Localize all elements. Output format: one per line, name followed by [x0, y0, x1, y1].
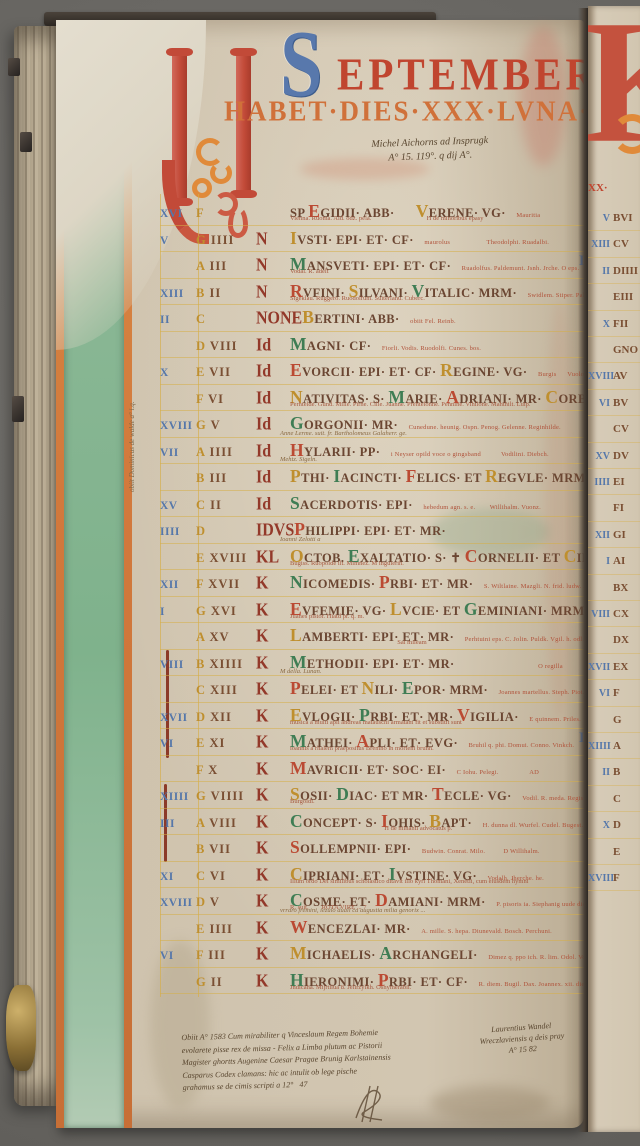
facing-page-row: G: [588, 706, 640, 733]
dominical-letter: C: [610, 793, 621, 805]
feast-text: MAGNI· CF·: [290, 331, 375, 358]
dominical-letter: D XII: [196, 704, 256, 729]
facing-page-row: IIB: [588, 758, 640, 785]
dominical-letter: F: [196, 200, 256, 225]
kalends-marker: K: [256, 914, 290, 940]
calendar-row: F XKMAVRICII· ET· SOC· EI· C Iohu. Peleg…: [160, 755, 584, 783]
facing-page-row: VBVI: [588, 204, 640, 231]
golden-number: I: [160, 599, 196, 623]
dominical-letter: FI: [610, 502, 624, 514]
obit-note-secondary: Perhtelde. Gund. Mille. Pirhe. Cille. Ju…: [290, 401, 531, 408]
feast-text: SACERDOTIS· EPI·: [290, 490, 416, 517]
golden-number: II: [160, 307, 196, 331]
dominical-letter: C: [196, 306, 256, 331]
golden-number: XVIII: [588, 866, 610, 892]
obit-note: C Iohu. Pelegi. AD: [450, 760, 539, 782]
golden-number: XI: [160, 864, 196, 888]
kalends-marker: Id: [256, 490, 290, 516]
golden-number: X: [160, 360, 196, 384]
calendar-row: VIIA IIIIIdHYLARII· PP· i Neyser opild v…: [160, 437, 584, 465]
feast-text: WENCEZLAI· MR·: [290, 914, 414, 941]
golden-number: XII: [160, 572, 196, 596]
interlinear-note: M della. Lunan.: [280, 668, 322, 675]
kalends-marker: KL: [256, 543, 290, 569]
dominical-letter: D: [610, 819, 621, 831]
dominical-letter: F XVII: [196, 571, 256, 596]
golden-number: XVIII: [160, 413, 196, 437]
calendar-row: IIIIDIDVSPHILIPPI· EPI· ET· MR·: [160, 516, 584, 544]
obit-note: Budwin. Conrat. Milo. D Willihalm.: [415, 839, 540, 861]
dominical-letter: D: [196, 518, 256, 543]
calendar-row: G IIKHIERONIMI· PRBI· ET· CF· R. diem. B…: [160, 967, 584, 995]
facing-page-row: IIIIEI: [588, 468, 640, 495]
calendar-row: B IIIIdPTHI· IACINCTI· FELICS· ET REGVLE…: [160, 463, 584, 491]
golden-number: XVII: [588, 655, 610, 681]
golden-number: XIIII: [588, 734, 610, 760]
kalends-marker: K: [256, 728, 290, 754]
golden-number: VI: [588, 391, 610, 417]
dominical-letter: G II: [196, 969, 256, 994]
golden-number: VIII: [160, 652, 196, 676]
dominical-letter: A VIII: [196, 810, 256, 835]
calendar-row: XVIFSP EGIDII· ABB· VERENE· VG· Mauritia…: [160, 198, 584, 226]
calendar-row: IIIA VIIIKCONCEPT· S· IOHIS· BAPT· H. du…: [160, 808, 584, 836]
facing-page-row: VIIICX: [588, 600, 640, 627]
obit-note: i Neyser opild voce o gingsband Vodilini…: [384, 442, 549, 464]
obit-note: S. Wiltlaine. Mazgli. N. frid. ludw. Sua…: [477, 574, 584, 596]
kalends-marker: Id: [256, 331, 290, 357]
calendar-row: XVC IIIdSACERDOTIS· EPI· hebedum agn. s.…: [160, 490, 584, 518]
facing-page-row: VIBV: [588, 389, 640, 416]
dominical-letter: AV: [610, 370, 627, 382]
kalends-marker: N: [256, 251, 290, 277]
obit-note-secondary: Vienna. Ruoma. Ald. odz. pela. H de mino…: [290, 215, 484, 222]
dominical-letter: E VII: [196, 359, 256, 384]
golden-number: II: [588, 760, 610, 786]
kalends-marker: K: [256, 808, 290, 834]
dominical-letter: F VI: [196, 386, 256, 411]
dominical-letter: F: [610, 872, 620, 884]
dominical-letter: GNO: [610, 344, 638, 356]
golden-number: VII: [160, 440, 196, 464]
dominical-letter: E XI: [196, 730, 256, 755]
golden-number: XVI: [160, 201, 196, 225]
kalends-marker: N: [256, 278, 290, 304]
dominical-letter: B: [610, 766, 620, 778]
obit-note-secondary: Jndicaha. Mijrtilua 8. Jelirzylkh. Oshym…: [290, 984, 411, 991]
golden-number: VI: [160, 731, 196, 755]
kalends-marker: K: [256, 940, 290, 966]
dominical-letter: G VIIII: [196, 783, 256, 808]
obit-note: hebedum agn. s. e. Willihalm. Vuonz.: [416, 495, 541, 517]
dominical-letter: BV: [610, 397, 628, 409]
obit-note: A. mille. S. hepa. Diunevald. Bosch. Per…: [414, 919, 552, 941]
dominical-letter: BX: [610, 582, 628, 594]
obit-note-secondary: ioannis a rhalem praepositus Bremno in m…: [290, 745, 434, 752]
calendar-row: VIF IIIKMICHAELIS· ARCHANGELI· Dimez q. …: [160, 940, 584, 968]
facing-page-row: IIDIIII: [588, 257, 640, 284]
dominical-letter: B II: [196, 280, 256, 305]
facing-page-row: FI: [588, 494, 640, 521]
calendar-row: C XIIIKPELEI· ET NILI· EPOR· MRM· Joanne…: [160, 675, 584, 703]
golden-number: XV: [160, 493, 196, 517]
feast-text: BERTINI· ABB·: [302, 304, 403, 331]
facing-page-row: DX: [588, 626, 640, 653]
dominical-letter: E XVIII: [196, 545, 256, 570]
calendar-row: E XVIIIKLOCTOB. EXALTATIO· S· ✝ CORNELII…: [160, 543, 584, 571]
golden-number: VI: [588, 681, 610, 707]
dominical-letter: BVI: [610, 212, 633, 224]
feast-text: MAVRICII· ET· SOC· EI·: [290, 755, 450, 782]
obit-note: H. dunna dl. Wurfel. Cudel. Bugest. Hein…: [476, 813, 584, 835]
obit-note-secondary: Juanes pistor. Hiatd pr. q. m.: [290, 613, 364, 620]
golden-number: XII: [588, 523, 610, 549]
pen-flourish-icon: [348, 1082, 394, 1124]
calendar-row: VG IIIINIVSTI· EPI· ET· CF· maurolus The…: [160, 225, 584, 253]
obit-note-secondary: Bugiss. Ruopolde ilt. Mimnez. M inguieri…: [290, 560, 404, 567]
kalends-marker: N: [256, 225, 290, 251]
kalends-marker: K: [256, 596, 290, 622]
calendar-row: XIIIIG VIIIIKSOSII· DIAC· ET MR· TECLE· …: [160, 781, 584, 809]
dominical-letter: C II: [196, 492, 256, 517]
calendar-grid: XVIFSP EGIDII· ABB· VERENE· VG· Mauritia…: [160, 198, 584, 995]
calendar-row: F VIIdNATIVITAS· S· MARIE· ADRIANI· MR· …: [160, 384, 584, 412]
obit-note-secondary: musica a multi apli andreas matauschi ar…: [290, 719, 462, 726]
dominical-letter: EIII: [610, 291, 633, 303]
feast-text: NICOMEDIS· PRBI· ET· MR·: [290, 569, 477, 596]
clasp-icon: [20, 132, 32, 152]
dominical-letter: AI: [610, 555, 625, 567]
dominical-letter: FII: [610, 318, 628, 330]
manuscript-photo: S EPTEMBER HABET·DIES·XXX·LVNA·XXX· Mich…: [0, 0, 640, 1146]
obit-note: Burgis Vuolone: [531, 362, 584, 384]
golden-number: XIII: [160, 281, 196, 305]
dominical-letter: B III: [196, 465, 256, 490]
dominical-letter: D VIII: [196, 333, 256, 358]
feast-text: SOLLEMPNII· EPI·: [290, 834, 415, 861]
dominical-letter: E IIII: [196, 916, 256, 941]
obit-note: Mauritia: [509, 203, 540, 225]
facing-page-row: EIII: [588, 283, 640, 310]
kalends-marker: K: [256, 781, 290, 807]
calendar-row: XIC VIKCIPRIANI· ET· IVSTINE· VG· Vodalh…: [160, 861, 584, 889]
obit-note: R. diem. Bugil. Dax. Joannex. xii. dierp…: [472, 972, 584, 994]
dominical-letter: GI: [610, 529, 626, 541]
obit-note: Perhtuini eps. C. Jolin. Puldk. Vgil. h.…: [458, 627, 584, 649]
kalends-marker: K: [256, 861, 290, 887]
obit-note: Vodil. R. meda. Regisha. Bohem.: [515, 786, 584, 808]
interlinear-note: Anne Lerme. suit. fr. Bartholomeus Galah…: [280, 430, 407, 437]
kalends-marker: K: [256, 834, 290, 860]
obit-note: O regilla: [458, 654, 563, 676]
dominical-letter: A III: [196, 253, 256, 278]
feast-text: EVORCII· EPI· ET· CF· REGINE· VG·: [290, 357, 531, 384]
stain: [430, 1086, 550, 1120]
calendar-row: XIIIB IINRVFINI· SILVANI· VITALIC· MRM· …: [160, 278, 584, 306]
dominical-letter: B XIIII: [196, 651, 256, 676]
calendar-row: IICNONEBERTINI· ABB· obiit Fel. Reinb.: [160, 304, 584, 332]
clasp-icon: [12, 396, 24, 422]
dominical-letter: B VII: [196, 836, 256, 861]
calendar-row: B VIIKSOLLEMPNII· EPI· Budwin. Conrat. M…: [160, 834, 584, 862]
calendar-row: A IIINMANSVETI· EPI· ET· CF· Ruadolfus. …: [160, 251, 584, 279]
brass-clasp-icon: [6, 985, 36, 1071]
facing-page-row: C: [588, 785, 640, 812]
dominical-letter: A XV: [196, 624, 256, 649]
dominical-letter: CX: [610, 608, 629, 620]
dominical-letter: C VI: [196, 863, 256, 888]
obit-note: P. pisoris ia. Siephanig uude dict. Rudo…: [489, 892, 584, 914]
golden-number: V: [160, 228, 196, 252]
obit-note: Swidlem. Stiper. Paldch.: [521, 283, 584, 305]
golden-number: XIIII: [160, 784, 196, 808]
dominical-letter: G V: [196, 412, 256, 437]
facing-page-row: E: [588, 838, 640, 865]
dominical-letter: DIIII: [610, 265, 638, 277]
book-page-stack-edge: [14, 26, 60, 1106]
kalendae-monogram-initial: [168, 42, 278, 222]
obit-note: Bruhil q. phi. Domui. Conno. Vinkch.: [462, 733, 575, 755]
golden-number: X: [588, 813, 610, 839]
dominical-letter: EI: [610, 476, 625, 488]
obit-note-secondary: Burgoldi.: [290, 798, 315, 805]
facing-page-row: XIIGI: [588, 521, 640, 548]
dominical-letter: EX: [610, 661, 628, 673]
calendar-row: IG XVIKEVFEMIE· VG· LVCIE· ET GEMINIANI·…: [160, 596, 584, 624]
kalends-marker: Id: [256, 463, 290, 489]
golden-number: XVII: [160, 705, 196, 729]
obit-note-secondary: Illum ordo Dei similibus scholastico dit…: [290, 878, 529, 885]
golden-number: III: [160, 811, 196, 835]
dominical-letter: G: [610, 714, 622, 726]
calendar-row: VIE XIKMATHEI· APLI· ET· EVG· Bruhil q. …: [160, 728, 584, 756]
golden-number: I: [588, 549, 610, 575]
obit-note-secondary: Vodal. R. adelt: [290, 268, 329, 275]
facing-page-rows: VBVIXIIICVIIDIIIIEIIIXFIIGNOXVIIIAVVIBVC…: [588, 204, 640, 944]
facing-page-row: VIF: [588, 679, 640, 706]
dominical-letter: E: [610, 846, 620, 858]
clasp-icon: [8, 58, 20, 76]
golden-number: X: [588, 312, 610, 338]
calendar-row: E IIIIKWENCEZLAI· MR· A. mille. S. hepa.…: [160, 914, 584, 942]
facing-page-row: XFII: [588, 310, 640, 337]
facing-page-row: XVIIIF: [588, 864, 640, 891]
kalends-marker: K: [256, 967, 290, 993]
facing-page-fragment: XX·: [588, 182, 608, 194]
dominical-letter: CV: [610, 423, 629, 435]
dominical-letter: G IIII: [196, 227, 256, 252]
calendar-row: XIIF XVIIKNICOMEDIS· PRBI· ET· MR· S. Wi…: [160, 569, 584, 597]
facing-page-row: XIIICV: [588, 230, 640, 257]
kalends-marker: K: [256, 569, 290, 595]
feast-text: PTHI· IACINCTI· FELICS· ET REGVLE· MRM: [290, 463, 584, 490]
dominical-letter: F: [610, 687, 620, 699]
month-title: EPTEMBER: [337, 48, 599, 101]
feast-text: PELEI· ET NILI· EPOR· MRM·: [290, 675, 492, 702]
facing-page-row: XVIIIAV: [588, 362, 640, 389]
golden-number: IIII: [588, 470, 610, 496]
obit-note: maurolus Theodolphi. Ruadalbi.: [417, 230, 549, 252]
dominical-letter: D V: [196, 889, 256, 914]
golden-number: XVIII: [160, 890, 196, 914]
interlinear-note: Ioanni Zelotti a: [280, 536, 320, 543]
kalends-marker: K: [256, 702, 290, 728]
kalends-marker: Id: [256, 384, 290, 410]
feast-text: MICHAELIS· ARCHANGELI·: [290, 940, 481, 967]
obit-note: Cunedune. heunig. Ospn. Penog. Gelenne. …: [402, 415, 561, 437]
facing-page-row: CV: [588, 415, 640, 442]
golden-number: V: [588, 206, 610, 232]
golden-number: II: [588, 259, 610, 285]
calendar-row: D VIIIIdMAGNI· CF· Fiorli. Vodis. Ruodol…: [160, 331, 584, 359]
obit-note: Dimez q. ppo ich. R. lim. Odol. Vodo.: [481, 945, 584, 967]
dominical-letter: C XIII: [196, 677, 256, 702]
golden-number: IIII: [160, 519, 196, 543]
facing-page-row: XVDV: [588, 442, 640, 469]
golden-number: XVIII: [588, 364, 610, 390]
obit-note-secondary: Sigeklau. Ruggero. Ruodolfum. Suiterlanu…: [290, 295, 425, 302]
facing-page-edge: K XX· VBVIXIIICVIIDIIIIEIIIXFIIGNOXVIIIA…: [588, 6, 640, 1132]
feast-text: IVSTI· EPI· ET· CF·: [290, 225, 417, 252]
obit-note: Ruadolfus. Paldemunt. Jsnh. Jrche. O eps…: [455, 256, 580, 278]
dominical-letter: G XVI: [196, 598, 256, 623]
obit-note: Joannes martellus. Steph. Piot.: [492, 680, 584, 702]
dominical-letter: A: [610, 740, 621, 752]
facing-page-row: XD: [588, 811, 640, 838]
kalends-marker: Id: [256, 357, 290, 383]
kalends-marker: K: [256, 675, 290, 701]
facing-page-row: XIIIIA: [588, 732, 640, 759]
obit-note: E quinnem. Priles.: [522, 707, 581, 729]
facing-page-row: XVIIEX: [588, 653, 640, 680]
dominical-letter: DV: [610, 450, 629, 462]
dominical-letter: F III: [196, 942, 256, 967]
golden-number: VI: [160, 943, 196, 967]
dominical-letter: CV: [610, 238, 629, 250]
calendar-row: XE VIIIdEVORCII· EPI· ET· CF· REGINE· VG…: [160, 357, 584, 385]
dominical-letter: A IIII: [196, 439, 256, 464]
feast-text: SOSII· DIAC· ET MR· TECLE· VG·: [290, 781, 515, 808]
facing-page-row: GNO: [588, 336, 640, 363]
dominical-letter: DX: [610, 634, 629, 646]
calendar-row: VIIIB XIIIIKMETHODII· EPI· ET· MR· O reg…: [160, 649, 584, 677]
kalends-marker: K: [256, 755, 290, 781]
obit-note-secondary: H de minanti advocatus p.: [290, 825, 452, 832]
bottom-inscription: Obiit A° 1583 Cum mirabiliter q Vincesla…: [181, 1024, 493, 1095]
obit-note: obiit Fel. Reinb.: [403, 309, 456, 331]
facing-page-row: BX: [588, 574, 640, 601]
golden-number: VIII: [588, 602, 610, 628]
obit-note-secondary: Sal mileam: [290, 639, 427, 646]
golden-number: XV: [588, 444, 610, 470]
obit-note: Fiorli. Vodis. Ruodolfi. Cunes. bos.: [375, 336, 481, 358]
kalends-marker: NONE: [256, 304, 302, 330]
marginal-note-vertical: obiit Dominicus de walde a° i.q.: [128, 402, 136, 493]
calendar-row: XVIID XIIKEVLOGII· PRBI· ET· MR· VIGILIA…: [160, 702, 584, 730]
golden-number: XIII: [588, 232, 610, 258]
obit-note-secondary: R. suit. ROTA VIRE ... 7: [290, 904, 366, 911]
dominical-letter: F X: [196, 757, 256, 782]
interlinear-note: Mehtz. Sigeln.: [280, 456, 317, 463]
calendar-row: A XVKLAMBERTI· EPI· ET· MR· Perhtuini ep…: [160, 622, 584, 650]
facing-page-row: IAI: [588, 547, 640, 574]
kalends-marker: K: [256, 622, 290, 648]
